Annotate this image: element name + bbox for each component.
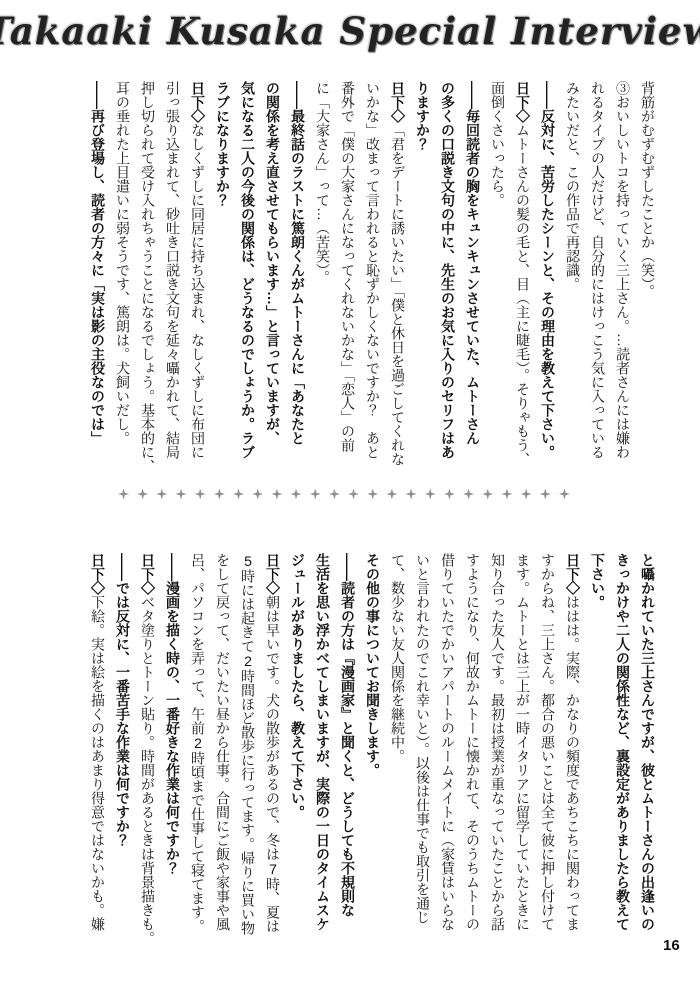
four-point-star-icon	[329, 489, 340, 500]
top-column-11: 日下◇「君をデートに誘いたい」「僕と休日を過ごしてくれな	[385, 81, 410, 493]
top-column-3: れるタイプの人だけど、自分的にはけっこう気に入っている	[585, 81, 610, 493]
four-point-star-icon	[214, 489, 225, 500]
top-column-13: 番外で「僕の大家さんになってくれないかな」「恋人」の前	[335, 81, 360, 493]
interview-text-bottom: と囁かれていた三上さんですが、彼とムトーさんの出逢いのきっかけや二人の関係性など…	[85, 553, 660, 953]
bottom-column-15: ジュールがありましたら、教えて下さい。	[285, 553, 310, 953]
bottom-column-4: 日下◇ははは。実際、かなりの頻度であちこちに関わってま	[560, 553, 585, 953]
bottom-column-14: 生活を思い浮かべてしまいますが、実際の一日のタイムスケ	[310, 553, 335, 953]
bottom-column-18: をして戻って、だいたい昼から仕事。合間にご飯や家事や風	[210, 553, 235, 953]
top-column-14: に「大家さん」って…（苦笑）。	[310, 81, 335, 493]
bottom-column-13: ――読者の方は『漫画家』と聞くと、どうしても不規則な	[335, 553, 360, 953]
four-point-star-icon	[559, 489, 570, 500]
top-column-16: の関係を考え直させてもらいます…」と言っていますが、	[260, 81, 285, 493]
bottom-column-21: 日下◇ベタ塗りとトーン貼り。時間があるときは背景描きも。	[135, 553, 160, 953]
bottom-column-5: すからね、三上さん。都合の悪いことは全て彼に押し付けて	[535, 553, 560, 953]
upright-number: 2	[190, 735, 206, 751]
top-column-20: 引っ張り込まれて、砂吐き口説き文句を延々囁かれて、結局	[160, 81, 185, 493]
bottom-column-22: ――では反対に、一番苦手な作業は何ですか？	[110, 553, 135, 953]
four-point-star-icon	[271, 489, 282, 500]
top-column-19: 日下◇なしくずしに同居に持ち込まれ、なしくずしに布団に	[185, 81, 210, 493]
speaker-label: 日下◇	[265, 553, 281, 595]
top-column-23: ――再び登場し、読者の方々に「実は影の主役なのでは」	[85, 81, 110, 493]
bottom-column-19: 呂、パソコンを弄って、午前2時頃まで仕事して寝てます。	[185, 553, 210, 953]
four-point-star-icon	[540, 489, 551, 500]
bottom-column-2: きっかけや二人の関係性など、裏設定がありましたら教えて	[610, 553, 635, 953]
interview-text-top: 背筋がむずむずしたことか（笑）。③おいしいトコを持っていく三上さん。…読者さんに…	[85, 81, 660, 493]
four-point-star-icon	[137, 489, 148, 500]
page-title: Takaaki Kusaka Special Interview	[0, 9, 700, 53]
four-point-star-icon	[348, 489, 359, 500]
upright-number: 2	[240, 653, 256, 669]
bottom-column-23: 日下◇下絵。実は絵を描くのはあまり得意ではないかも。嫌	[85, 553, 110, 953]
four-point-star-icon	[406, 489, 417, 500]
top-column-4: みたいだと、この作品で再認識。	[560, 81, 585, 493]
bottom-column-9: 借りていたでかいアパートのルームメイトに（家賃はいらな	[435, 553, 460, 953]
top-column-5: ――反対に、苦労したシーンと、その理由を教えて下さい。	[535, 81, 560, 493]
speaker-label: 日下◇	[140, 553, 156, 595]
bottom-column-10: いと言われたのでこれ幸いと）。以後は仕事でも取引を通じ	[410, 553, 435, 953]
bottom-column-8: すようになり、何故かムトーに懐かれて、そのうちムトーの	[460, 553, 485, 953]
top-column-9: の多くの口説き文句の中に、先生のお気に入りのセリフはあ	[435, 81, 460, 493]
speaker-label: 日下◇	[90, 553, 106, 595]
bottom-column-12: その他の事についてお聞きします。	[360, 553, 385, 953]
page-header: Takaaki Kusaka Special Interview	[0, 0, 700, 62]
four-point-star-icon	[176, 489, 187, 500]
four-point-star-icon	[310, 489, 321, 500]
four-point-star-icon	[118, 489, 129, 500]
interview-page: Takaaki Kusaka Special Interview 背筋がむずむず…	[0, 0, 700, 1005]
top-column-1: 背筋がむずむずしたことか（笑）。	[635, 81, 660, 493]
four-point-star-icon	[252, 489, 263, 500]
top-column-18: ラブになりますか？	[210, 81, 235, 493]
bottom-column-3: 下さい。	[585, 553, 610, 953]
bottom-column-17: 5時には起きて2時間ほど散歩に行ってます。帰りに買い物	[235, 553, 260, 953]
four-point-star-icon	[444, 489, 455, 500]
four-point-star-icon	[291, 489, 302, 500]
page-number: 16	[663, 937, 680, 954]
section-divider	[118, 487, 570, 501]
four-point-star-icon	[463, 489, 474, 500]
speaker-label: 日下◇	[190, 81, 206, 123]
top-column-7: 面倒くさいったら。	[485, 81, 510, 493]
bottom-column-16: 日下◇朝は早いです。犬の散歩があるので、冬は7時、夏は	[260, 553, 285, 953]
four-point-star-icon	[386, 489, 397, 500]
four-point-star-icon	[425, 489, 436, 500]
four-point-star-icon	[233, 489, 244, 500]
upright-number: 5	[240, 553, 256, 569]
bottom-column-11: て、数少ない友人関係を継続中。	[385, 553, 410, 953]
bottom-column-20: ――漫画を描く時の、一番好きな作業は何ですか？	[160, 553, 185, 953]
top-column-2: ③おいしいトコを持っていく三上さん。…読者さんには嫌わ	[610, 81, 635, 493]
speaker-label: 日下◇	[565, 553, 581, 595]
top-column-8: ――毎回読者の胸をキュンキュンさせていた、ムトーさん	[460, 81, 485, 493]
top-column-21: 押し切られて受け入れちゃうことになるでしょう。基本的に、	[135, 81, 160, 493]
four-point-star-icon	[367, 489, 378, 500]
bottom-column-1: と囁かれていた三上さんですが、彼とムトーさんの出逢いの	[635, 553, 660, 953]
top-column-12: いかな」改まって言われると恥ずかしくないですか？ あと	[360, 81, 385, 493]
bottom-column-6: ます。ムトーとは三上が一時イタリアに留学していたときに	[510, 553, 535, 953]
speaker-label: 日下◇	[515, 81, 531, 123]
top-column-22: 耳の垂れた上目遣いに弱そうです、篤朗は。犬飼いだし。	[110, 81, 135, 493]
four-point-star-icon	[501, 489, 512, 500]
upright-number: 7	[265, 861, 281, 877]
four-point-star-icon	[482, 489, 493, 500]
top-column-6: 日下◇ムトーさんの髪の毛と、目（主に睫毛）。そりゃもう、	[510, 81, 535, 493]
four-point-star-icon	[521, 489, 532, 500]
four-point-star-icon	[195, 489, 206, 500]
top-column-15: ――最終話のラストに篤朗くんがムトーさんに「あなたと	[285, 81, 310, 493]
four-point-star-icon	[156, 489, 167, 500]
top-column-10: りますか？	[410, 81, 435, 493]
speaker-label: 日下◇	[390, 81, 406, 123]
top-column-17: 気になる二人の今後の関係は、どうなるのでしょうか。ラブ	[235, 81, 260, 493]
bottom-column-7: 知り合った友人です。最初は授業が重なっていたことから話	[485, 553, 510, 953]
